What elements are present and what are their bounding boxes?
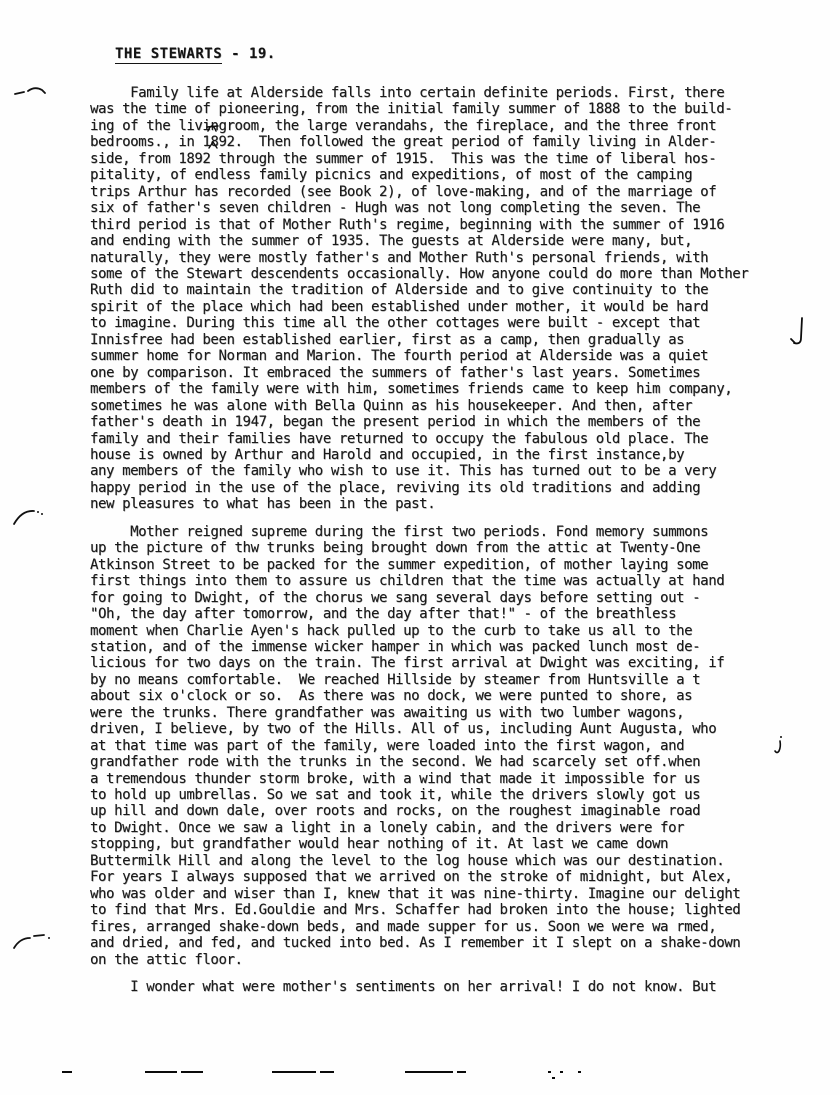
title-page-number: - 19. (222, 46, 276, 62)
bottom-edge-dot (548, 1071, 551, 1073)
pen-j-mark-right (772, 735, 786, 757)
bottom-edge-dash (457, 1071, 466, 1073)
bottom-edge-dash (272, 1071, 316, 1073)
bottom-edge-dash (320, 1071, 334, 1073)
bottom-edge-dash (145, 1071, 177, 1073)
overstrike-scribble-livingroom (206, 121, 220, 133)
document-body: Family life at Alderside falls into cert… (90, 85, 830, 1006)
document-page: THE STEWARTS - 19. Family life at Alders… (0, 0, 840, 1095)
bottom-edge-dot (578, 1071, 581, 1073)
bottom-edge-dash (405, 1071, 453, 1073)
paragraph-2: Mother reigned supreme during the first … (90, 524, 830, 968)
paragraph-1: Family life at Alderside falls into cert… (90, 85, 830, 513)
page-title: THE STEWARTS - 19. (115, 46, 276, 62)
bottom-edge-dash (181, 1071, 203, 1073)
pen-squiggle-left-middle (12, 506, 50, 526)
pen-squiggle-left-bottom (12, 932, 54, 952)
title-heading: THE STEWARTS (115, 46, 222, 64)
bottom-edge-dash (62, 1071, 72, 1073)
bottom-edge-dot (552, 1077, 555, 1079)
pen-squiggle-left-top (14, 84, 50, 100)
paragraph-3: I wonder what were mother's sentiments o… (90, 979, 830, 995)
pen-checkmark-right (789, 317, 807, 351)
bottom-edge-dot (560, 1071, 563, 1073)
overstrike-scribble-1892 (207, 140, 219, 150)
